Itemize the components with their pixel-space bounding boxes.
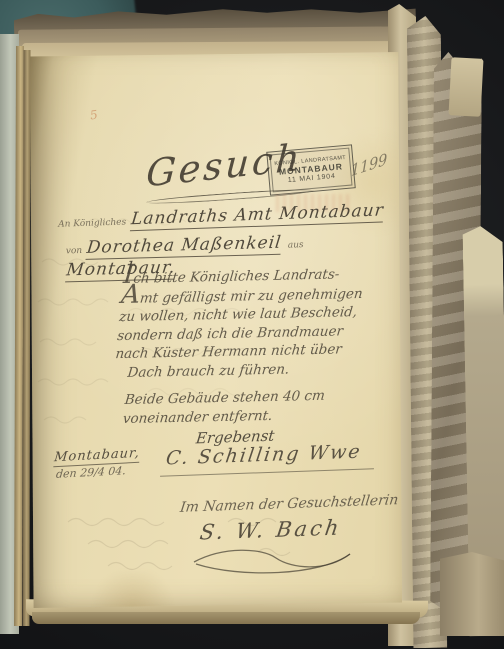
signature-representative: S. W. Bach: [198, 515, 343, 544]
archive-photo: 5 Gesuch KÖNIGL. LANDRATSAMT MONTABAUR 1…: [0, 0, 504, 649]
margin-date: den 29/4 04.: [55, 464, 126, 481]
date-stamp: KÖNIGL. LANDRATSAMT MONTABAUR 11 MAI 190…: [266, 144, 356, 195]
stacked-pages-right-edge: [449, 57, 484, 117]
signature-underline: [160, 468, 374, 476]
ink-blot: [316, 630, 350, 644]
document-page: 5 Gesuch KÖNIGL. LANDRATSAMT MONTABAUR 1…: [28, 52, 402, 608]
stacked-pages-bottom-edge: [32, 612, 420, 624]
date-stamp-inner: KÖNIGL. LANDRATSAMT MONTABAUR 11 MAI 190…: [269, 148, 352, 193]
address-from-prefix: von: [66, 246, 83, 256]
signature-flourish: [188, 544, 358, 576]
address-prefix: An Königliches: [58, 217, 126, 229]
archivist-page-number: 5: [89, 108, 99, 123]
address-from-infix: aus: [288, 240, 304, 250]
binding-edge: [22, 50, 30, 626]
stacked-pages-right-edge: [440, 552, 504, 636]
margin-place: Montabaur,: [53, 446, 140, 468]
on-behalf-line: Im Namen der Gesuchstellerin: [179, 492, 399, 516]
petitioner-name: Dorothea Maßenkeil: [86, 233, 283, 260]
petition-body: Ich bitte Königliches Landrats- Amt gefä…: [108, 263, 424, 429]
